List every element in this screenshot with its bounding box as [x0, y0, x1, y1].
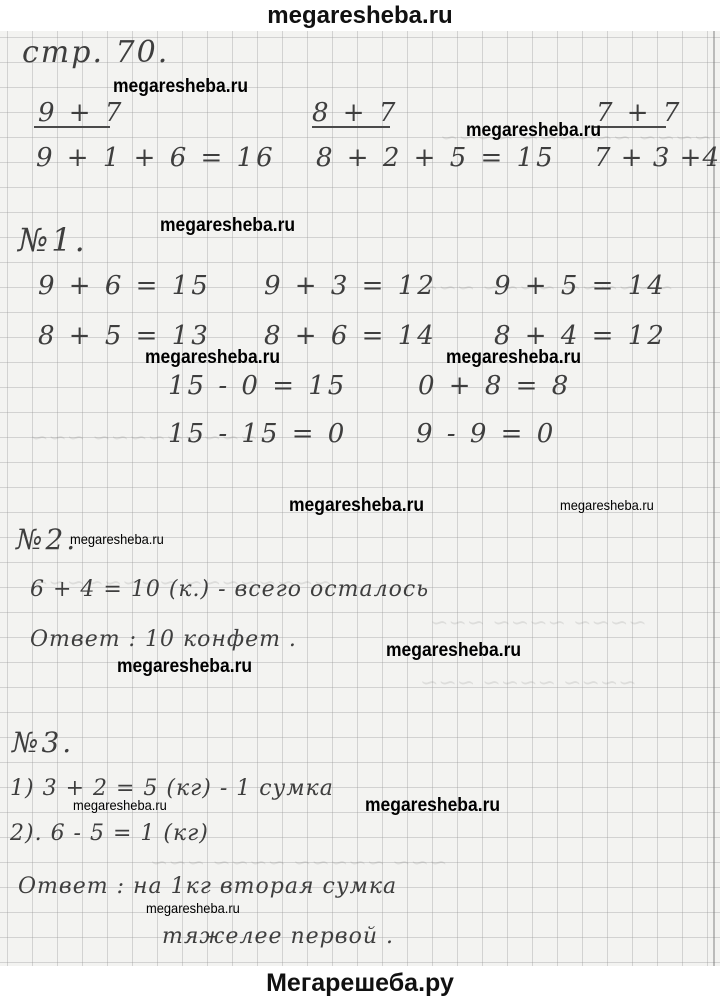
task3-step1: 1) 3 + 2 = 5 (кг) - 1 сумка: [10, 776, 334, 801]
warmup-underline: [34, 126, 110, 128]
page-label: стр. 70.: [22, 35, 169, 70]
watermark: megaresheba.ru: [160, 215, 295, 237]
warmup-solution: 8 + 2 + 5 = 15: [316, 143, 556, 173]
site-header: megaresheba.ru: [0, 0, 720, 31]
warmup-underline: [312, 126, 390, 128]
task3-label: №3.: [12, 726, 74, 759]
task2-label: №2.: [16, 523, 78, 556]
watermark: megaresheba.ru: [113, 76, 248, 98]
task3-answer-line2: тяжелее первой .: [162, 924, 394, 949]
task2-solution: 6 + 4 = 10 (к.) - всего осталось: [30, 577, 429, 602]
watermark: megaresheba.ru: [117, 656, 252, 678]
task3-answer-line1: Ответ : на 1кг вторая сумка: [18, 874, 397, 899]
bleed-through-text: ~~~~ ~~~~ ~~~: [420, 671, 637, 696]
task1-equation: 9 + 3 = 12: [264, 271, 437, 301]
warmup-expression: 9 + 7: [38, 98, 124, 128]
watermark: megaresheba.ru: [145, 347, 280, 369]
task1-extra-equation: 0 + 8 = 8: [418, 371, 571, 401]
watermark: megaresheba.ru: [560, 497, 654, 513]
watermark: megaresheba.ru: [146, 900, 240, 916]
watermark: megaresheba.ru: [70, 531, 164, 547]
watermark: megaresheba.ru: [365, 795, 500, 817]
site-footer: Мегарешеба.ру: [0, 966, 720, 1001]
site-header-title: megaresheba.ru: [267, 2, 452, 30]
task1-extra-equation: 15 - 0 = 15: [168, 371, 347, 401]
warmup-solution: 9 + 1 + 6 = 16: [36, 143, 276, 173]
warmup-expression: 8 + 7: [312, 98, 398, 128]
watermark: megaresheba.ru: [289, 495, 424, 517]
task1-extra-equation: 15 - 15 = 0: [168, 419, 347, 449]
task1-equation: 9 + 5 = 14: [494, 271, 667, 301]
watermark: megaresheba.ru: [466, 120, 601, 142]
task1-equation: 8 + 6 = 14: [264, 321, 437, 351]
task1-equation: 9 + 6 = 15: [38, 271, 211, 301]
bleed-through-text: ~~~ ~~~~~ ~~~~ ~~~: [150, 851, 447, 876]
warmup-solution: 7 + 3 +4=14: [594, 143, 720, 173]
warmup-underline: [594, 126, 666, 128]
watermark: megaresheba.ru: [386, 640, 521, 662]
task1-label: №1.: [18, 221, 88, 259]
site-footer-title: Мегарешеба.ру: [266, 969, 454, 998]
bleed-through-text: ~~~~ ~~~~ ~~~: [430, 611, 647, 636]
watermark: megaresheba.ru: [446, 347, 581, 369]
notebook-page-photo: ~~~~ ~~~~~~ ~~~~ ~~~~~~ ~~~~ ~~~ ~~~~~~~…: [0, 31, 720, 966]
task3-step2: 2). 6 - 5 = 1 (кг): [10, 821, 209, 846]
task1-extra-equation: 9 - 9 = 0: [416, 419, 556, 449]
warmup-expression: 7 + 7: [596, 98, 682, 128]
watermark: megaresheba.ru: [73, 797, 167, 813]
task2-answer: Ответ : 10 конфет .: [30, 627, 297, 652]
